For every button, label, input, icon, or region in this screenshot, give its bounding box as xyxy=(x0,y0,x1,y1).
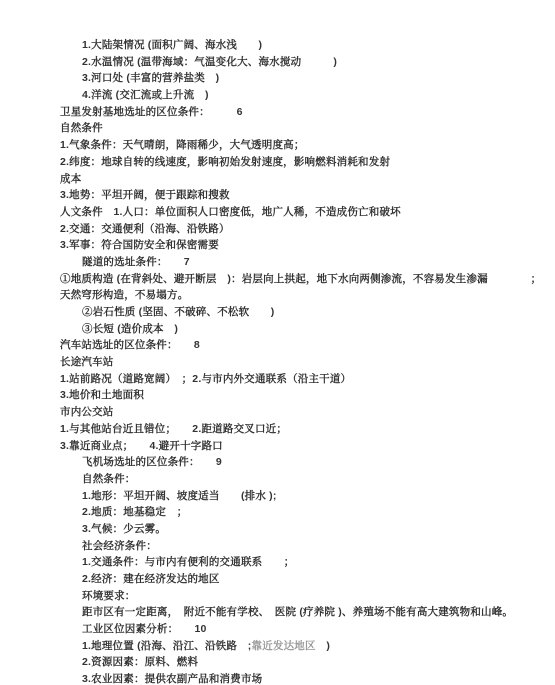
text-run: 3.靠近商业点； 4.避开十字路口 xyxy=(60,440,223,452)
text-run: 工业区位因素分析： 10 xyxy=(82,623,207,635)
text-run: 3.军事：符合国防安全和保密需要 xyxy=(60,239,219,251)
text-run: 成本 xyxy=(60,173,81,185)
faded-text-run: 靠近发达地区 xyxy=(251,640,315,652)
text-line: 成本 xyxy=(60,171,547,188)
text-line: 3.气候：少云雾。 xyxy=(60,521,547,538)
text-line: 卫星发射基地选址的区位条件： 6 xyxy=(60,104,547,121)
text-line: 市内公交站 xyxy=(60,404,547,421)
text-run: 环境要求： xyxy=(82,590,136,602)
text-run: 1.地理位置 (沿海、沿江、沿铁路 ; xyxy=(82,640,251,652)
text-run: 1.交通条件：与市内有便利的交通联系 ； xyxy=(82,556,294,568)
text-run: 1.站前路况（道路宽阔） ；2.与市内外交通联系（沿主干道） xyxy=(60,373,351,385)
text-run: 3.地价和土地面积 xyxy=(60,389,144,401)
text-run: 2.水温情况 (温带海域：气温变化大、海水搅动 ) xyxy=(82,56,337,68)
text-line: 1.地理位置 (沿海、沿江、沿铁路 ;靠近发达地区 ) xyxy=(60,638,547,655)
text-line: 飞机场选址的区位条件： 9 xyxy=(60,454,547,471)
text-run: 自然条件： xyxy=(82,473,136,485)
text-run: 市内公交站 xyxy=(60,406,114,418)
text-run: 2.纬度：地球自转的线速度，影响初始发射速度，影响燃料消耗和发射 xyxy=(60,156,390,168)
text-line: 1.地形：平坦开阔、坡度适当 (排水 ); xyxy=(60,488,547,505)
text-run: 长途汽车站 xyxy=(60,356,114,368)
text-line: 自然条件： xyxy=(60,471,547,488)
text-run: 2.经济：建在经济发达的地区 xyxy=(82,573,220,585)
text-line: 社会经济条件： xyxy=(60,538,547,555)
text-run: 1.与其他站台近且错位； 2.距道路交叉口近； xyxy=(60,423,287,435)
text-line: 1.与其他站台近且错位； 2.距道路交叉口近； xyxy=(60,421,547,438)
text-line: 1.大陆架情况 (面积广阔、海水浅 ) xyxy=(60,37,547,54)
text-line: 2.地质：地基稳定 ； xyxy=(60,504,547,521)
text-run: ①地质构造 (在背斜处、避开断层 )：岩层向上拱起，地下水向两侧渗流，不容易发生… xyxy=(60,273,541,285)
text-run: 人文条件 1.人口：单位面积人口密度低，地广人稀，不造成伤亡和破坏 xyxy=(60,206,401,218)
text-run: 飞机场选址的区位条件： 9 xyxy=(82,456,222,468)
text-run: 1.大陆架情况 (面积广阔、海水浅 ) xyxy=(82,39,262,51)
text-line: 4.洋流 (交汇流或上升流 ) xyxy=(60,87,547,104)
text-run: 1.地形：平坦开阔、坡度适当 (排水 ); xyxy=(82,490,277,502)
text-run: 1.气象条件：天气晴朗，降雨稀少，大气透明度高； xyxy=(60,139,305,151)
text-run: 3.河口处 (丰富的营养盐类 ) xyxy=(82,72,219,84)
text-line: 2.交通：交通便利（沿海、沿铁路） xyxy=(60,221,547,238)
text-run: 自然条件 xyxy=(60,122,103,134)
text-line: 3.军事：符合国防安全和保密需要 xyxy=(60,237,547,254)
text-line: 隧道的选址条件： 7 xyxy=(60,254,547,271)
text-run: 隧道的选址条件： 7 xyxy=(82,256,190,268)
text-line: 汽车站选址的区位条件： 8 xyxy=(60,337,547,354)
text-run: ③长短 (造价成本 ) xyxy=(82,323,178,335)
text-line: 工业区位因素分析： 10 xyxy=(60,621,547,638)
text-run: 3.农业因素：提供农副产品和消费市场 xyxy=(82,673,262,685)
text-line: ③长短 (造价成本 ) xyxy=(60,321,547,338)
text-line: 天然穹形构造，不易塌方。 xyxy=(60,287,547,304)
text-run: 2.资源因素：原料、燃料 xyxy=(82,656,198,668)
text-line: 1.站前路况（道路宽阔） ；2.与市内外交通联系（沿主干道） xyxy=(60,371,547,388)
text-run: 2.地质：地基稳定 ； xyxy=(82,506,187,518)
text-line: 距市区有一定距离， 附近不能有学校、 医院 (疗养院 )、养殖场不能有高大建筑物… xyxy=(60,604,547,621)
text-line: ②岩石性质 (坚固、不破碎、不松软 ) xyxy=(60,304,547,321)
text-run: ②岩石性质 (坚固、不破碎、不松软 ) xyxy=(82,306,274,318)
text-line: 3.地势：平坦开阔，便于跟踪和搜救 xyxy=(60,187,547,204)
page: { "page": { "background": "#ffffff", "te… xyxy=(0,0,555,685)
text-run: ) xyxy=(316,640,330,652)
text-line: 长途汽车站 xyxy=(60,354,547,371)
text-run: 天然穹形构造，不易塌方。 xyxy=(60,289,188,301)
text-run: 3.地势：平坦开阔，便于跟踪和搜救 xyxy=(60,189,230,201)
text-line: 3.农业因素：提供农副产品和消费市场 xyxy=(60,671,547,685)
text-line: 2.资源因素：原料、燃料 xyxy=(60,654,547,671)
text-line: 3.河口处 (丰富的营养盐类 ) xyxy=(60,70,547,87)
text-line: 3.靠近商业点； 4.避开十字路口 xyxy=(60,438,547,455)
document-page: 1.大陆架情况 (面积广阔、海水浅 )2.水温情况 (温带海域：气温变化大、海水… xyxy=(0,0,555,685)
text-run: 4.洋流 (交汇流或上升流 ) xyxy=(82,89,209,101)
text-run: 汽车站选址的区位条件： 8 xyxy=(60,339,200,351)
text-line: 环境要求： xyxy=(60,588,547,605)
text-line: 2.水温情况 (温带海域：气温变化大、海水搅动 ) xyxy=(60,54,547,71)
text-run: 社会经济条件： xyxy=(82,540,157,552)
text-line: 1.交通条件：与市内有便利的交通联系 ； xyxy=(60,554,547,571)
text-line: 自然条件 xyxy=(60,120,547,137)
text-line: 2.纬度：地球自转的线速度，影响初始发射速度，影响燃料消耗和发射 xyxy=(60,154,547,171)
text-line: 3.地价和土地面积 xyxy=(60,387,547,404)
text-run: 2.交通：交通便利（沿海、沿铁路） xyxy=(60,223,230,235)
text-line: 人文条件 1.人口：单位面积人口密度低，地广人稀，不造成伤亡和破坏 xyxy=(60,204,547,221)
text-run: 3.气候：少云雾。 xyxy=(82,523,166,535)
text-run: 卫星发射基地选址的区位条件： 6 xyxy=(60,106,243,118)
document-body: 1.大陆架情况 (面积广阔、海水浅 )2.水温情况 (温带海域：气温变化大、海水… xyxy=(60,37,547,685)
text-run: 距市区有一定距离， 附近不能有学校、 医院 (疗养院 )、养殖场不能有高大建筑物… xyxy=(82,606,513,618)
text-line: 2.经济：建在经济发达的地区 xyxy=(60,571,547,588)
text-line: 1.气象条件：天气晴朗，降雨稀少，大气透明度高； xyxy=(60,137,547,154)
text-line: ①地质构造 (在背斜处、避开断层 )：岩层向上拱起，地下水向两侧渗流，不容易发生… xyxy=(60,271,547,288)
